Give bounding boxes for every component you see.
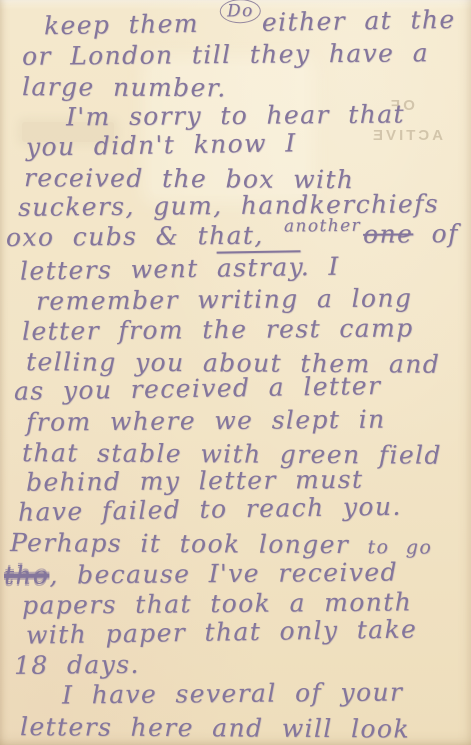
letter-line: suckers, gum, handkerchiefs xyxy=(0,189,471,223)
letter-text: remember writing a long xyxy=(36,283,413,315)
letter-line: remember writing a long xyxy=(0,283,471,317)
letter-text: Perhaps it took longer xyxy=(10,529,368,560)
letter-text: keep them xyxy=(44,9,218,41)
letter-text: letters here and will look xyxy=(20,712,410,743)
letter-text: of my xyxy=(413,219,471,249)
letter-text: have failed to reach you. xyxy=(18,492,402,527)
letter-text: I'm sorry to hear that xyxy=(66,99,405,131)
letter-text: with paper that only take xyxy=(26,615,418,650)
letter-text: 18 days. xyxy=(14,650,140,680)
letter-word-above: another xyxy=(284,216,361,237)
letter-text: behind my letter must xyxy=(26,465,364,497)
letter-line: you didn't know I xyxy=(0,125,471,163)
letter-text: large number. xyxy=(22,73,227,103)
letter-line: or London till they have a xyxy=(0,38,471,72)
handwritten-text-block: keep them Doeither at the baseor London … xyxy=(0,12,471,742)
letter-line: as you received a letter xyxy=(0,370,471,408)
letter-line: tho, because I've received xyxy=(0,557,471,591)
letter-word-strike: one xyxy=(363,220,413,249)
letter-line: I have several of your xyxy=(0,677,471,711)
letter-text: either xyxy=(262,7,347,37)
letter-line: letters here and will look xyxy=(0,712,471,745)
letter-word-circled: Do xyxy=(220,0,261,24)
letter-text: you didn't know I xyxy=(26,128,297,161)
letter-text: suckers, gum, handkerchiefs xyxy=(18,189,439,222)
letter-text: . I xyxy=(300,251,339,281)
letter-text: letters went xyxy=(20,253,217,285)
letter-line: with paper that only take xyxy=(0,614,471,652)
letter-text: or London till they have a xyxy=(22,38,429,71)
letter-line: have failed to reach you. xyxy=(0,491,471,529)
letter-text: , because I've received xyxy=(49,557,398,589)
letter-word-small: to go xyxy=(367,537,432,559)
letter-line: from where we slept in xyxy=(0,404,471,438)
letter-line: 18 days. xyxy=(0,647,471,681)
letter-text: as you received a letter xyxy=(14,371,382,406)
letter-word-strike-heavy: tho xyxy=(4,560,50,589)
letter-text: letter from the rest camp xyxy=(22,313,414,345)
letter-text: I have several of your xyxy=(62,678,404,710)
letter-word-over: astray xyxy=(217,252,301,282)
letter-text: from where we slept in xyxy=(26,404,386,436)
letter-line: letter from the rest camp xyxy=(0,313,471,347)
letter-text: at the base xyxy=(346,4,471,36)
letter-text: oxo cubs & that, xyxy=(6,221,282,252)
letter-line: keep them Doeither at the base xyxy=(0,5,471,43)
letter-page: OF ACTIVE keep them Doeither at the base… xyxy=(0,0,471,745)
